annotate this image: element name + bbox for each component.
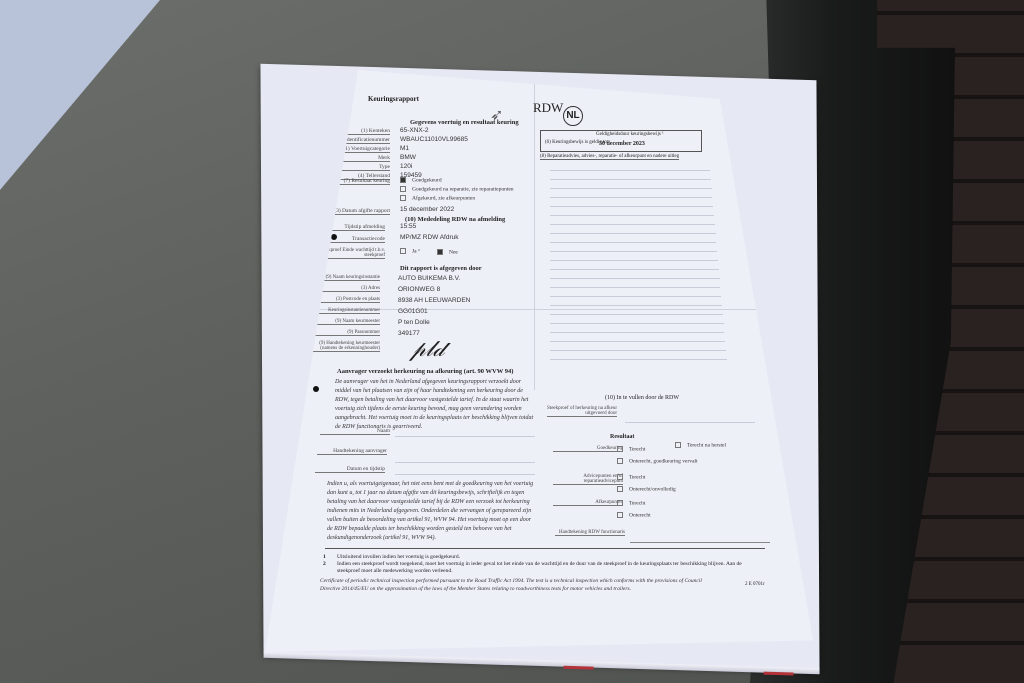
remark-line[interactable]	[550, 341, 725, 342]
remark-line[interactable]	[550, 170, 710, 171]
result-heading: Resultaat	[610, 434, 634, 440]
country-code: NL	[563, 106, 583, 126]
result-option: Afgekeurd, zie afkeurpunten	[400, 195, 475, 201]
rdw-option: Terecht na herstel	[675, 442, 726, 448]
issuer-label: Keuringsinstantienummer	[310, 308, 380, 314]
checkbox-label: Onterecht, goedkeuring vervalt	[629, 458, 698, 464]
field-value: WBAUC11010VL99685	[400, 136, 468, 143]
certificate-text: Certificate of periodic technical inspec…	[320, 577, 720, 593]
rdw-option: Onterecht, goedkeuring vervalt	[617, 458, 698, 464]
spotcheck-option: Ja ²	[400, 248, 420, 254]
nl-badge: NL	[563, 106, 583, 126]
remark-line[interactable]	[550, 233, 716, 234]
rdw-row-label: Afkeurpunten	[553, 500, 623, 506]
rdw-option: Terecht	[617, 474, 645, 480]
issuer-label: (9) Handtekening keurmeester (namens de …	[310, 341, 380, 352]
footer-divider	[325, 548, 765, 549]
checkbox[interactable]	[400, 248, 406, 254]
rdw-brand: RDW	[533, 100, 563, 116]
remark-line[interactable]	[550, 242, 716, 243]
remark-line[interactable]	[550, 224, 715, 225]
footnote-text: Uitsluitend invullen indien het voertuig…	[337, 554, 757, 561]
checkbox-label: Terecht	[629, 500, 645, 506]
checkbox-label: Ja ²	[412, 248, 420, 254]
checkbox-label: Goedgekeurd	[412, 177, 442, 183]
checkbox[interactable]	[675, 442, 681, 448]
issuer-value: AUTO BUIKEMA B.V.	[398, 275, 460, 282]
appeal-text: De aanvrager van het in Nederland afgege…	[335, 378, 535, 432]
rdw-option: Onterecht	[617, 512, 651, 518]
checkbox[interactable]	[617, 486, 623, 492]
sky-reflection	[0, 0, 160, 190]
remark-line[interactable]	[550, 359, 727, 360]
rdw-option: Terecht	[617, 446, 645, 452]
checkbox-label: Terecht	[629, 446, 645, 452]
fold-line-vertical	[534, 70, 535, 390]
remark-line[interactable]	[550, 215, 714, 216]
remark-line[interactable]	[550, 188, 712, 189]
remarks-label: (8) Reparatieadvies, advies-, reparatie-…	[540, 154, 679, 160]
punch-hole	[313, 386, 319, 392]
name-input-line[interactable]	[395, 436, 535, 437]
time-value: 15:55	[400, 223, 416, 230]
notice-heading: (10) Mededeling RDW na afmelding	[405, 216, 505, 223]
result-option: Goedgekeurd na reparatie, zie reparatiep…	[400, 186, 514, 192]
checkbox-label: Nee	[449, 249, 458, 255]
checkbox[interactable]	[617, 458, 623, 464]
rdw-row-label: Goedkeuring	[553, 446, 623, 452]
spotcheck-option: Nee	[437, 249, 458, 255]
remark-line[interactable]	[550, 278, 720, 279]
validity-heading: Geldigheidsduur keuringsbewijs ¹	[596, 132, 664, 137]
rdw-section-heading: (10) In te vullen door de RDW	[605, 395, 679, 401]
datetime-line[interactable]	[395, 474, 535, 475]
remark-line[interactable]	[550, 251, 717, 252]
transaction-value: MP/MZ RDW Afdruk	[400, 234, 459, 241]
rdw-check-label: Steekproef of herkeuring na afkeur uitge…	[547, 406, 617, 417]
checkbox-label: Terecht na herstel	[687, 442, 726, 448]
issuer-label: (9) Naam keurmeester	[310, 319, 380, 325]
issuer-label: (9) Passnummer	[310, 330, 380, 336]
document-title: Keuringsrapport	[368, 95, 419, 103]
issuer-value: 8938 AH LEEUWARDEN	[398, 297, 470, 304]
result-option: Goedgekeurd	[400, 177, 442, 183]
date-value: 15 december 2022	[400, 206, 454, 213]
checkbox[interactable]	[617, 474, 623, 480]
checkbox-label: Onterecht/onvolledig	[629, 486, 676, 492]
issuer-value: GG01G01	[398, 308, 428, 315]
issuer-heading: Dit rapport is afgegeven door	[400, 265, 482, 272]
validity-box: Geldigheidsduur keuringsbewijs ¹ (6) Keu…	[540, 130, 702, 152]
field-value: M1	[400, 145, 409, 152]
name-label: Naam	[320, 428, 390, 435]
footnote-number: 2	[323, 561, 326, 567]
remark-line[interactable]	[550, 197, 712, 198]
rdw-signature-label: Handtekening RDW functionaris	[555, 530, 625, 536]
rdw-check-line[interactable]	[625, 422, 755, 423]
rdw-option: Terecht	[617, 500, 645, 506]
remark-line[interactable]	[550, 179, 711, 180]
checkbox-label: Terecht	[629, 474, 645, 480]
inspector-signature: 𝓅𝓁𝒹	[410, 336, 444, 362]
checkbox-label: Afgekeurd, zie afkeurpunten	[412, 195, 475, 201]
footnote-number: 1	[323, 554, 326, 560]
checkbox-label: Onterecht	[629, 512, 651, 518]
checkbox[interactable]	[617, 500, 623, 506]
checkbox[interactable]	[400, 186, 406, 192]
remark-line[interactable]	[550, 287, 720, 288]
remark-line[interactable]	[550, 296, 721, 297]
rdw-option: Onterecht/onvolledig	[617, 486, 676, 492]
footnote-text: Indien een steekproef wordt toegekend, m…	[337, 561, 757, 575]
field-value: BMW	[400, 154, 416, 161]
owner-text: Indien u, als voertuigeigenaar, het niet…	[327, 480, 537, 543]
checkbox[interactable]	[437, 249, 443, 255]
checkbox[interactable]	[400, 177, 406, 183]
remark-line[interactable]	[550, 332, 724, 333]
remark-line[interactable]	[550, 206, 713, 207]
remark-line[interactable]	[550, 269, 719, 270]
field-value: 65-XNX-2	[400, 127, 429, 134]
validity-date: 30 december 2023	[599, 141, 645, 147]
checkbox-label: Goedgekeurd na reparatie, zie reparatiep…	[412, 186, 514, 192]
datetime-label: Datum en tijdstip	[315, 466, 385, 473]
checkbox[interactable]	[617, 512, 623, 518]
remark-line[interactable]	[550, 323, 724, 324]
remark-line[interactable]	[550, 314, 723, 315]
applicant-signature-line[interactable]	[395, 462, 535, 463]
rdw-row-label: Advicepunten en/of reparatieadvicepunt	[553, 474, 623, 485]
field-value: 120i	[400, 163, 412, 170]
rdw-signature-line[interactable]	[630, 542, 770, 543]
form-code: 2 E 0701r	[745, 582, 765, 587]
checkbox[interactable]	[617, 446, 623, 452]
appeal-heading: Aanvrager verzoekt herkeuring na afkeuri…	[337, 368, 513, 375]
remark-line[interactable]	[550, 350, 726, 351]
remark-line[interactable]	[550, 305, 722, 306]
checkbox[interactable]	[400, 195, 406, 201]
applicant-signature-label: Handtekening aanvrager	[317, 448, 387, 455]
issuer-value: ORIONWEG 8	[398, 286, 440, 293]
issuer-value: P ten Dolle	[398, 319, 430, 326]
remark-line[interactable]	[550, 260, 718, 261]
vehicle-section-heading: Gegevens voertuig en resultaat keuring	[410, 119, 519, 126]
